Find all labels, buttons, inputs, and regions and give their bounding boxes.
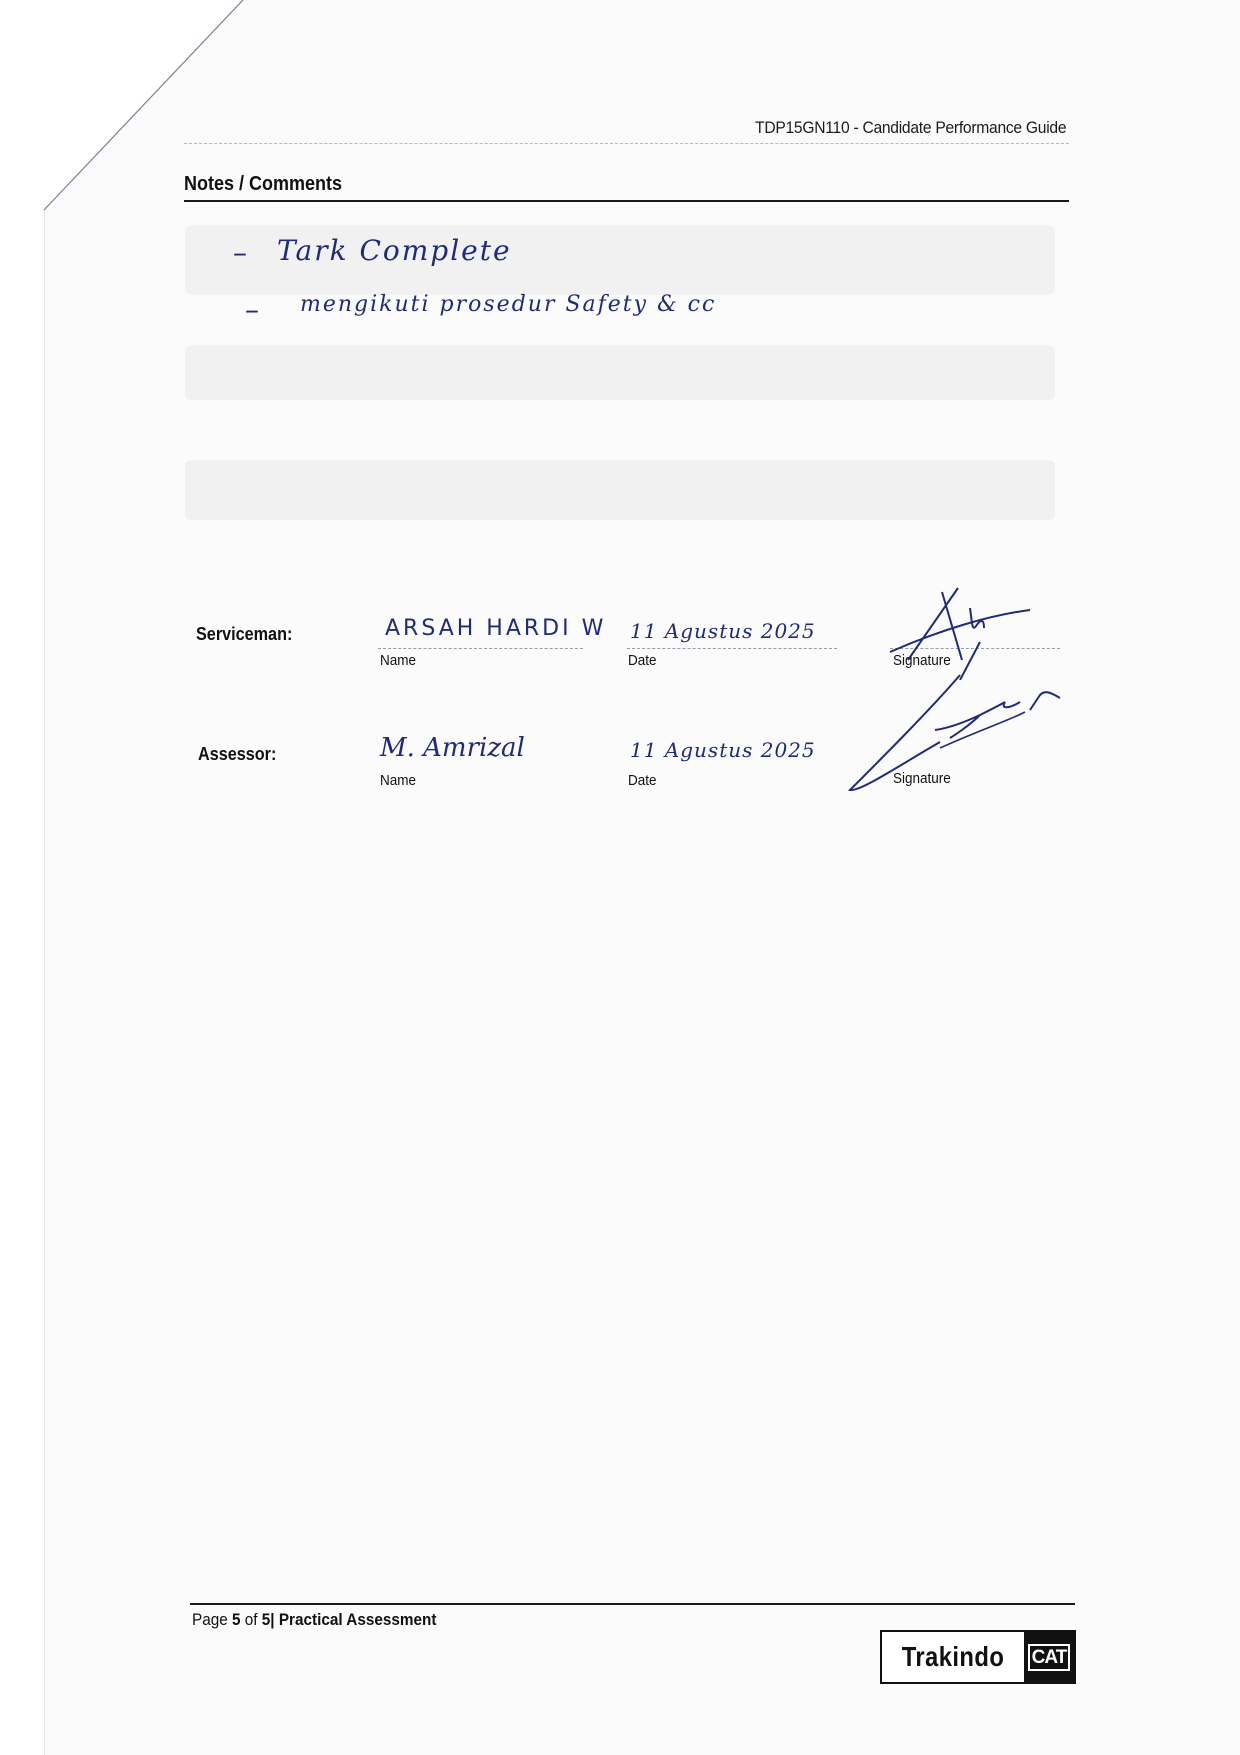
page-of: of [241,1610,262,1629]
notes-divider [184,200,1069,202]
logo-brand: Trakindo [893,1632,1014,1682]
trakindo-logo: Trakindo CAT [880,1630,1076,1684]
assessor-name-label: Name [380,772,416,789]
serviceman-name-value: ARSAH HARDI W [385,616,606,641]
assessor-signature [840,670,1080,800]
note-item: mengikuti prosedur Safety & cc [300,292,716,317]
corner-overlay [0,0,300,260]
assessor-date-value: 11 Agustus 2025 [630,738,816,762]
footer-section: | Practical Assessment [270,1610,436,1629]
footer-divider [190,1603,1075,1605]
page-total: 5 [262,1610,271,1629]
logo-badge-text: CAT [1028,1644,1071,1671]
scan-band [185,460,1055,520]
assessor-name-value: M. Amrizal [380,733,525,763]
serviceman-signature [880,580,1040,680]
page-current: 5 [232,1610,241,1629]
serviceman-name-label: Name [380,652,416,669]
page-footer: Page 5 of 5| Practical Assessment [192,1610,436,1630]
note-item: Tark Complete [277,234,512,267]
serviceman-label: Serviceman: [196,624,292,645]
note-bullet: – [233,236,247,269]
page-prefix: Page [192,1610,232,1629]
header-divider [184,143,1069,144]
document-header-title: TDP15GN110 - Candidate Performance Guide [755,118,1066,138]
serviceman-name-line [378,648,583,649]
assessor-label: Assessor: [198,744,276,765]
assessor-date-label: Date [628,772,657,789]
serviceman-date-label: Date [628,652,657,669]
serviceman-date-line [627,648,837,649]
notes-heading: Notes / Comments [184,173,342,196]
serviceman-date-value: 11 Agustus 2025 [630,619,816,643]
cat-badge-icon: CAT [1024,1632,1074,1682]
note-bullet: – [245,293,259,326]
scan-band [185,345,1055,400]
